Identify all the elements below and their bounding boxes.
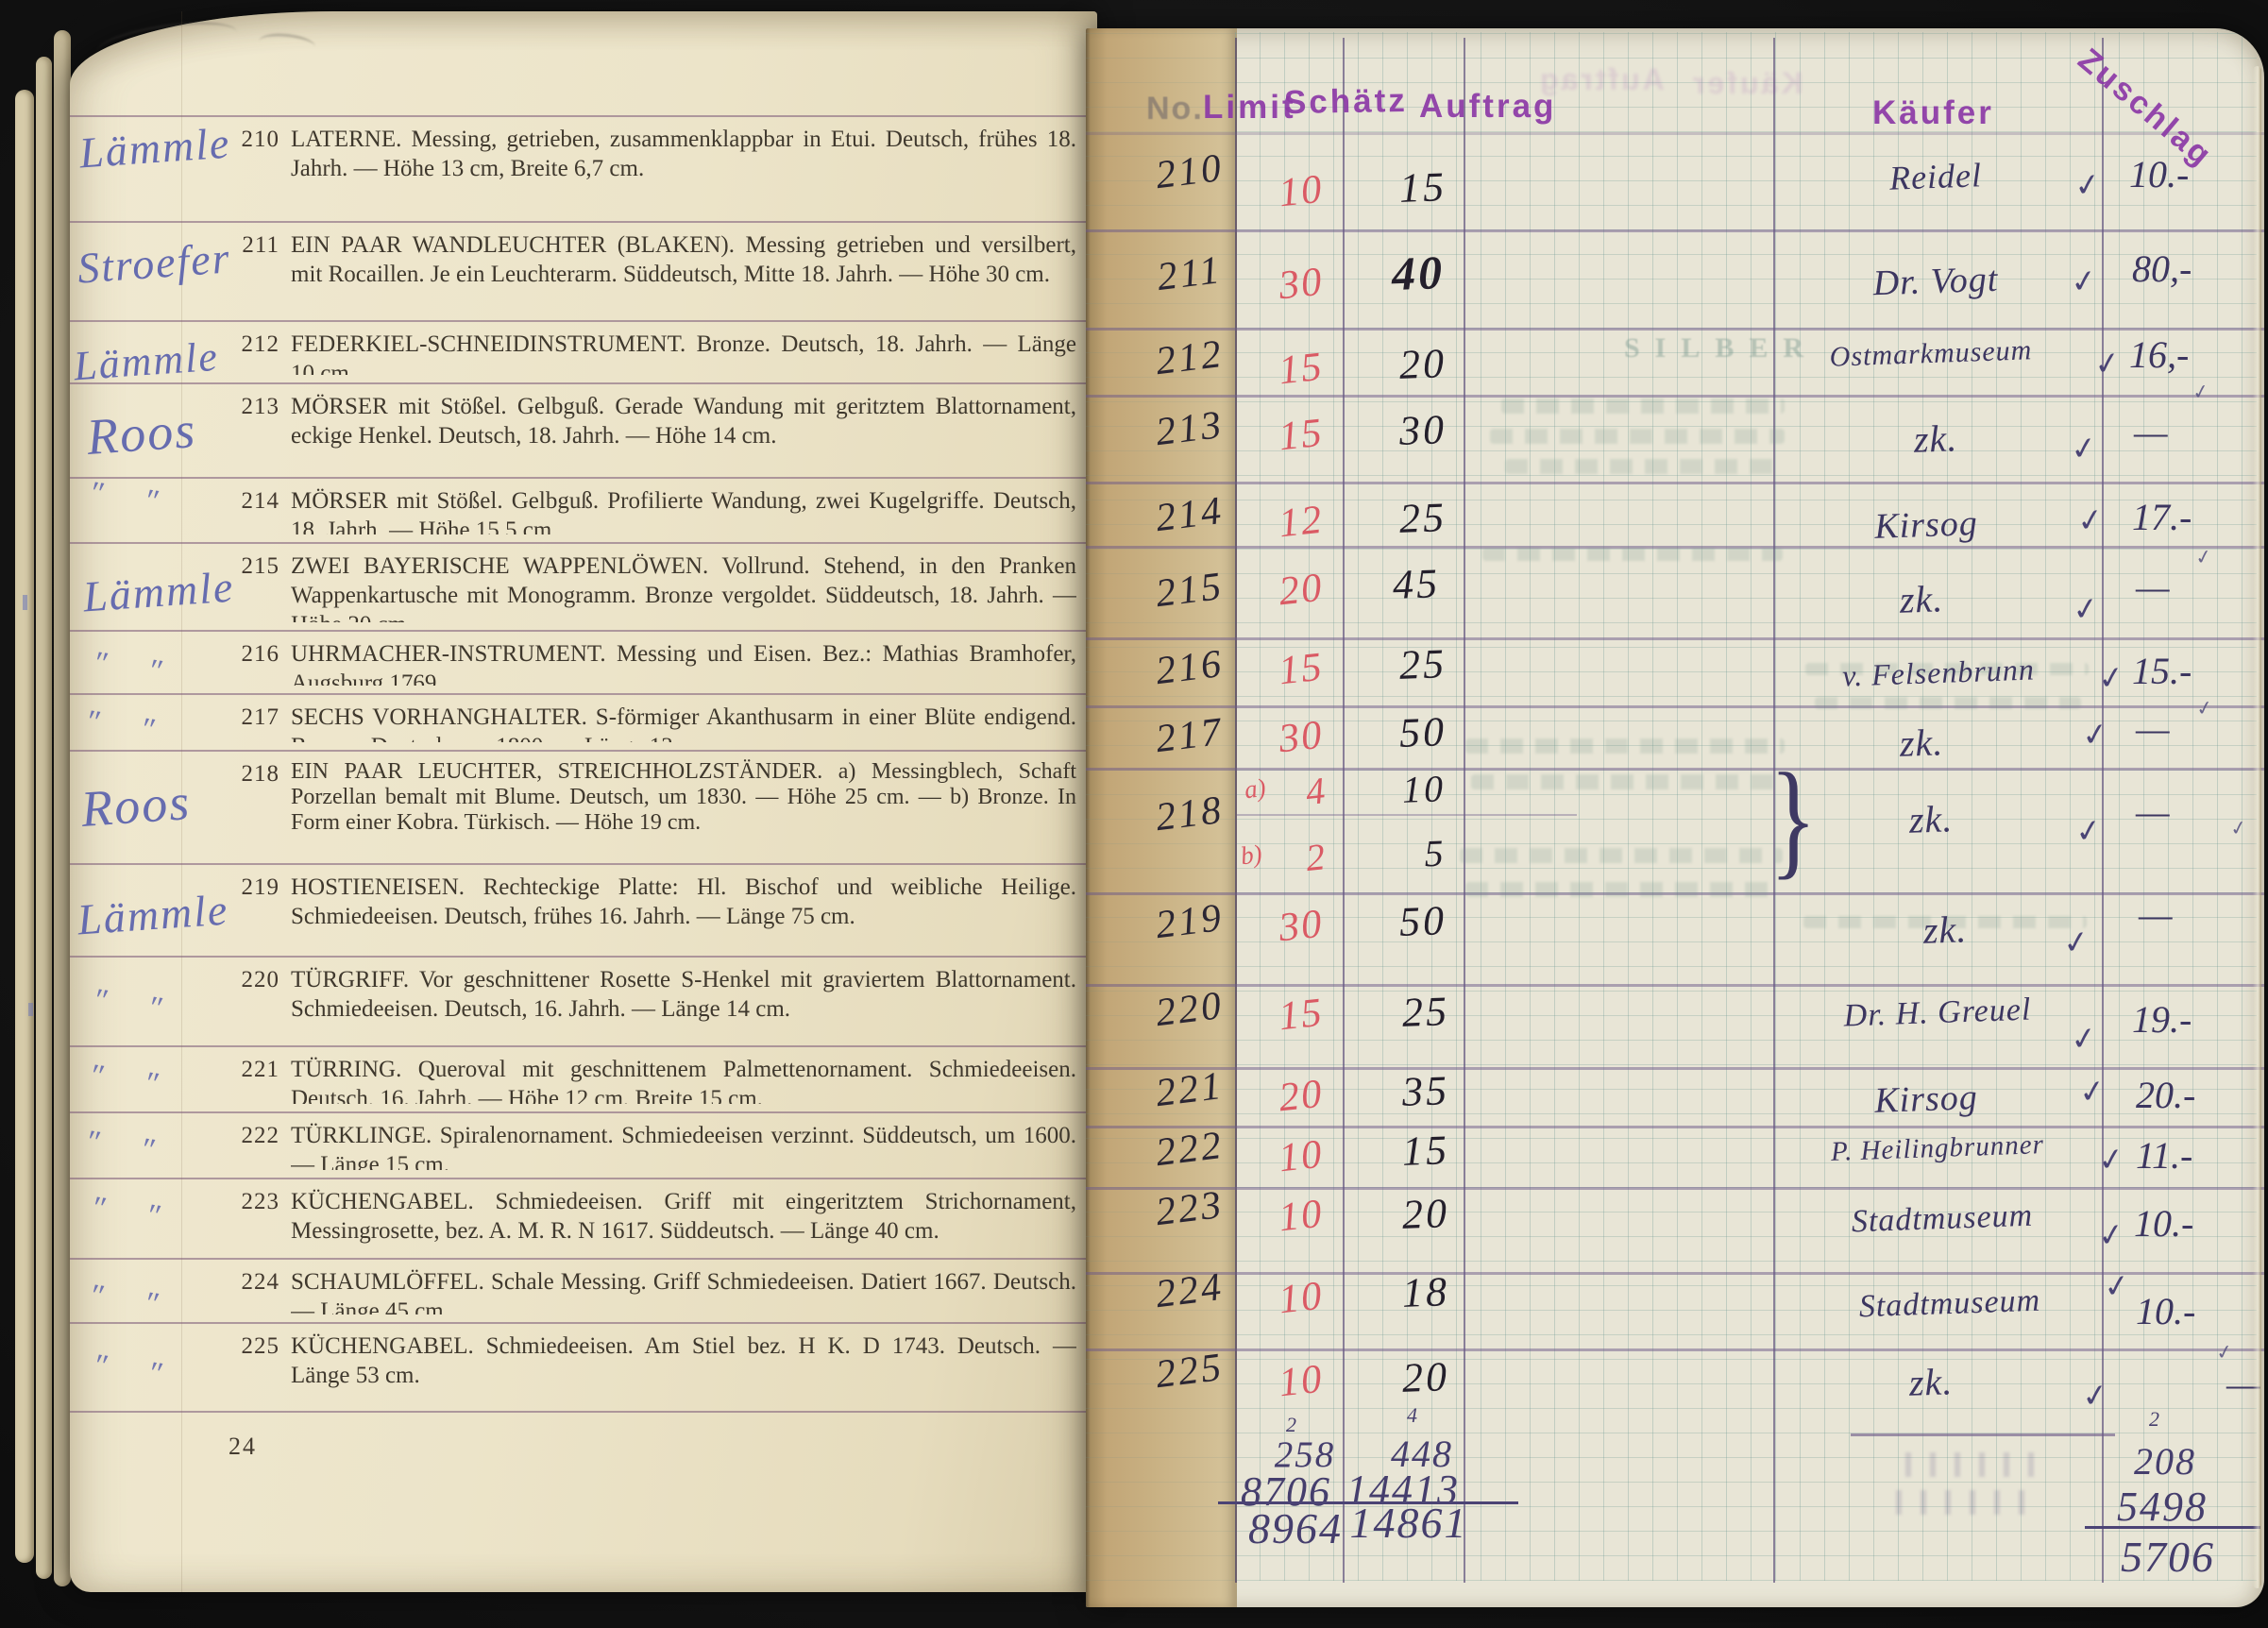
ledger-buyer: zk. (1812, 903, 2077, 957)
bleedthrough-line (1465, 738, 1785, 754)
bleedthrough-line (1815, 697, 2081, 709)
ditto-marks: ″ ″ (87, 1278, 160, 1323)
bleedthrough-line (1465, 882, 1773, 897)
check-icon: ✓ (2068, 428, 2099, 467)
page-stack-edge (15, 90, 34, 1563)
check-icon: ✓ (2073, 810, 2104, 850)
ledger-row-rule (1086, 1272, 2264, 1275)
ledger-hammer-price: — (2136, 565, 2175, 609)
ledger-estimate: 18 (1376, 1266, 1476, 1318)
buyer-annotation: Roos (79, 772, 193, 839)
bleedthrough-line (1482, 548, 1783, 561)
entry-divider (70, 1045, 1092, 1047)
check-icon: ✓ (2101, 1265, 2132, 1305)
check-icon: ✓ (2070, 588, 2101, 628)
ledger-hammer-price: 19.- (2132, 997, 2192, 1042)
column-header-no: No. (1146, 91, 1204, 127)
pencil-scribble (94, 15, 240, 70)
lot-description: TÜRKLINGE. Spiralenornament. Schmiedeeis… (291, 1121, 1076, 1170)
lot-description: SCHAUMLÖFFEL. Schale Messing. Griff Schm… (291, 1267, 1076, 1314)
entry-divider (70, 542, 1092, 544)
row-rule-225-right (1851, 1433, 2115, 1436)
ditto-marks: ″ ″ (91, 1348, 163, 1393)
lot-number: 220 (219, 967, 279, 993)
ledger-limit: 10 (1254, 1188, 1349, 1244)
column-header-schaetz: Schätz (1284, 82, 1408, 122)
entry-divider (70, 630, 1092, 632)
buyer-annotation: Lämmle (72, 332, 220, 391)
column-header-limit: Limit (1203, 89, 1296, 127)
ledger-limit-a: 4 (1286, 766, 1347, 816)
zuschlag-total-carry: 2 (2149, 1407, 2161, 1432)
buyer-annotation: Lämmle (81, 561, 236, 621)
ledger-estimate: 20 (1376, 1351, 1476, 1403)
lot-description: UHRMACHER-INSTRUMENT. Messing und Eisen.… (291, 639, 1076, 686)
ledger-hammer-price: 10.- (2129, 152, 2189, 196)
lot-description: KÜCHENGABEL. Schmiedeeisen. Am Stiel bez… (291, 1331, 1076, 1403)
lot-description: KÜCHENGABEL. Schmiedeeisen. Griff mit ei… (291, 1187, 1076, 1250)
buyer-annotation: Stroefer (76, 232, 232, 293)
ledger-row-rule (1086, 482, 2264, 484)
ledger-limit: 30 (1254, 898, 1349, 954)
ink-fleck (23, 595, 27, 610)
ledger-hammer-price: 20.- (2136, 1073, 2195, 1117)
check-icon: ✓ (2072, 164, 2103, 204)
column-header-kaeufer: Käufer (1872, 94, 1994, 132)
bleedthrough-line (1505, 459, 1783, 474)
entry-divider (70, 221, 1092, 223)
check-icon: ✓ (2074, 500, 2106, 539)
ledger-buyer: zk. (1803, 412, 2068, 466)
ledger-limit: 20 (1254, 562, 1349, 618)
entry-divider (70, 1178, 1092, 1179)
page-stack-edge (36, 57, 52, 1579)
lot-number: 217 (219, 704, 279, 731)
schaetz-sum: 14861 (1343, 1498, 1475, 1548)
ink-fleck (28, 1003, 33, 1016)
ledger-estimate: 35 (1376, 1065, 1476, 1117)
ledger-hammer-price: 17.- (2132, 495, 2192, 539)
ledger-estimate: 25 (1373, 492, 1473, 544)
ledger-row-rule (1086, 1187, 2264, 1190)
ledger-hammer-price: — (2134, 410, 2174, 454)
ditto-marks: ″ ″ (87, 475, 160, 520)
lot-description: SECHS VORHANGHALTER. S-förmiger Akanthus… (291, 703, 1076, 742)
ledger-hammer-price: 80,- (2132, 246, 2192, 291)
ledger-sub-label-a: a) (1243, 773, 1268, 806)
lot-number: 216 (219, 641, 279, 668)
ledger-row-rule (1086, 768, 2264, 771)
lot-number: 221 (219, 1057, 279, 1083)
ledger-estimate: 25 (1373, 638, 1473, 690)
totals-line-right (2085, 1526, 2260, 1529)
entry-divider (70, 956, 1092, 958)
ledger-hammer-price: — (2136, 789, 2175, 834)
bleedthrough-stamp: Käufer (1690, 66, 1803, 101)
ledger-row-rule (1086, 984, 2264, 987)
lot-description: ZWEI BAYERISCHE WAPPENLÖWEN. Vollrund. S… (291, 551, 1076, 622)
ledger-estimate: 15 (1373, 161, 1473, 213)
ledger-estimate-a: 10 (1385, 766, 1463, 813)
schaetz-total-carry: 4 (1407, 1403, 1419, 1428)
catalog-page: 210LATERNE. Messing, getrieben, zusammen… (70, 11, 1097, 1592)
ledger-row-rule (1086, 705, 2264, 708)
lot-number: 218 (219, 761, 279, 788)
ledger-hammer-price: 16,- (2129, 332, 2189, 377)
buyer-annotation: Roos (85, 400, 198, 466)
ledger-limit: 12 (1254, 494, 1349, 550)
ledger-hammer-price: 10.- (2136, 1289, 2195, 1333)
ledger-estimate: 20 (1376, 1188, 1476, 1240)
lot-number: 219 (219, 874, 279, 901)
entry-divider (70, 1411, 1092, 1413)
lot-description: TÜRGRIFF. Vor geschnittener Rosette S-He… (291, 965, 1076, 1038)
bleedthrough-stamp: Auftrag (1537, 62, 1665, 97)
ditto-marks: ″ ″ (87, 1058, 160, 1103)
ledger-hammer-price: 11.- (2136, 1133, 2192, 1178)
lot-number: 225 (219, 1333, 279, 1360)
bleedthrough-numerals (1896, 1490, 2038, 1515)
entry-divider (70, 115, 1092, 117)
lot-description: HOSTIENEISEN. Rechteckige Platte: Hl. Bi… (291, 873, 1076, 948)
lot-description: EIN PAAR LEUCHTER, STREICHHOLZSTÄNDER. a… (291, 759, 1076, 856)
ledger-row-rule (1086, 328, 2264, 331)
bleedthrough-line (1490, 429, 1785, 444)
check-icon: ✓ (2068, 1018, 2099, 1058)
ledger-limit: 30 (1254, 709, 1349, 765)
page-stack-edge (54, 30, 71, 1586)
zuschlag-previous: 5498 (2106, 1483, 2219, 1531)
check-icon: ✓ (2095, 657, 2126, 697)
bleedthrough-line (1471, 774, 1783, 789)
buyer-annotation: Lämmle (76, 884, 230, 944)
sub-row-rule-218 (1237, 814, 1577, 816)
limit-sum: 8964 (1239, 1503, 1352, 1553)
page-edge-rim (2253, 66, 2261, 1588)
ditto-marks: ″ ″ (89, 1190, 161, 1235)
check-icon: ✓ (2095, 1139, 2126, 1179)
ledger-estimate: 20 (1373, 338, 1473, 390)
ledger-limit: 15 (1254, 407, 1349, 463)
entry-divider (70, 1322, 1092, 1324)
zuschlag-sum: 5706 (2111, 1532, 2225, 1582)
ledger-estimate: 25 (1376, 986, 1476, 1038)
zuschlag-subtotal: 208 (2123, 1439, 2208, 1484)
bleedthrough-line (1501, 399, 1785, 414)
ledger-row-rule (1086, 1348, 2264, 1351)
lot-description: MÖRSER mit Stößel. Gelbguß. Gerade Wandu… (291, 392, 1076, 469)
ledger-estimate: 45 (1366, 558, 1466, 610)
lot-description: EIN PAAR WANDLEUCHTER (BLAKEN). Messing … (291, 230, 1076, 313)
ledger-row-rule (1086, 229, 2264, 232)
ledger-row-rule (1086, 637, 2264, 640)
ledger-estimate: 15 (1376, 1125, 1476, 1177)
ledger-estimate: 30 (1373, 404, 1473, 456)
ledger-estimate-b: 5 (1406, 830, 1464, 876)
lot-number: 223 (219, 1189, 279, 1215)
check-icon: ✓ (2079, 1375, 2110, 1415)
ledger-limit: 10 (1254, 1128, 1349, 1184)
bleedthrough-line (1460, 848, 1783, 863)
lot-number: 222 (219, 1123, 279, 1149)
buyer-annotation: Lämmle (77, 117, 232, 178)
page-number: 24 (228, 1433, 257, 1461)
ledger-hammer-price: 10.- (2134, 1201, 2193, 1246)
ledger-limit: 15 (1254, 987, 1349, 1043)
totals-line-left (1218, 1501, 1518, 1504)
ledger-hammer-price: — (2139, 892, 2178, 937)
lot-description: LATERNE. Messing, getrieben, zusammenkla… (291, 125, 1076, 213)
lot-description: FEDERKIEL-SCHNEIDINSTRUMENT. Bronze. Deu… (291, 330, 1076, 375)
scanned-auction-catalog: 210LATERNE. Messing, getrieben, zusammen… (0, 0, 2268, 1628)
ledger-sub-label-b: b) (1239, 839, 1264, 872)
check-icon: ✓ (2068, 261, 2099, 300)
entry-divider (70, 863, 1092, 865)
ledger-limit: 20 (1254, 1068, 1349, 1124)
column-header-auftrag: Auftrag (1419, 88, 1556, 126)
ledger-limit: 10 (1254, 163, 1349, 219)
check-icon: ✓ (2076, 1071, 2107, 1111)
check-icon: ✓ (2060, 922, 2091, 961)
ledger-hammer-price: — (2136, 706, 2175, 751)
bleedthrough-numerals (1905, 1452, 2038, 1477)
ledger-limit-b: 2 (1286, 832, 1347, 882)
auction-ledger-page: No. Limit Schätz Auftrag Käufer Zuschlag… (1086, 28, 2264, 1607)
ledger-limit: 15 (1254, 341, 1349, 397)
ditto-marks: ″ ″ (83, 704, 156, 749)
ledger-estimate: 50 (1373, 895, 1473, 947)
ledger-estimate: 40 (1368, 244, 1468, 302)
ledger-estimate: 50 (1373, 706, 1473, 758)
ledger-limit: 10 (1254, 1353, 1349, 1409)
entry-divider (70, 1258, 1092, 1260)
check-icon: ✓ (2079, 714, 2110, 754)
check-icon: ✓ (2091, 343, 2123, 382)
ditto-marks: ″ ″ (83, 1124, 156, 1169)
entry-divider (70, 1111, 1092, 1113)
lot-number: 213 (219, 394, 279, 420)
entry-divider (70, 693, 1092, 695)
ledger-limit: 10 (1254, 1270, 1349, 1326)
ledger-limit: 15 (1254, 641, 1349, 697)
entry-divider (70, 750, 1092, 752)
ledger-row-rule (1086, 132, 2264, 135)
lot-number: 214 (219, 488, 279, 515)
ditto-marks: ″ ″ (91, 645, 163, 690)
lot-description: MÖRSER mit Stößel. Gelbguß. Profilierte … (291, 486, 1076, 534)
entry-divider (70, 320, 1092, 322)
check-icon: ✓ (2095, 1214, 2126, 1254)
ledger-hammer-price: 15.- (2132, 649, 2192, 693)
lot-number: 212 (219, 331, 279, 358)
entry-divider (70, 477, 1092, 479)
lot-description: TÜRRING. Queroval mit geschnittenem Palm… (291, 1055, 1076, 1104)
ditto-marks: ″ ″ (91, 982, 163, 1027)
entry-divider (70, 382, 1092, 384)
lot-number: 224 (219, 1269, 279, 1296)
ledger-row-rule (1086, 1067, 2264, 1070)
ledger-limit: 30 (1254, 256, 1349, 312)
pencil-scribble (258, 31, 316, 57)
